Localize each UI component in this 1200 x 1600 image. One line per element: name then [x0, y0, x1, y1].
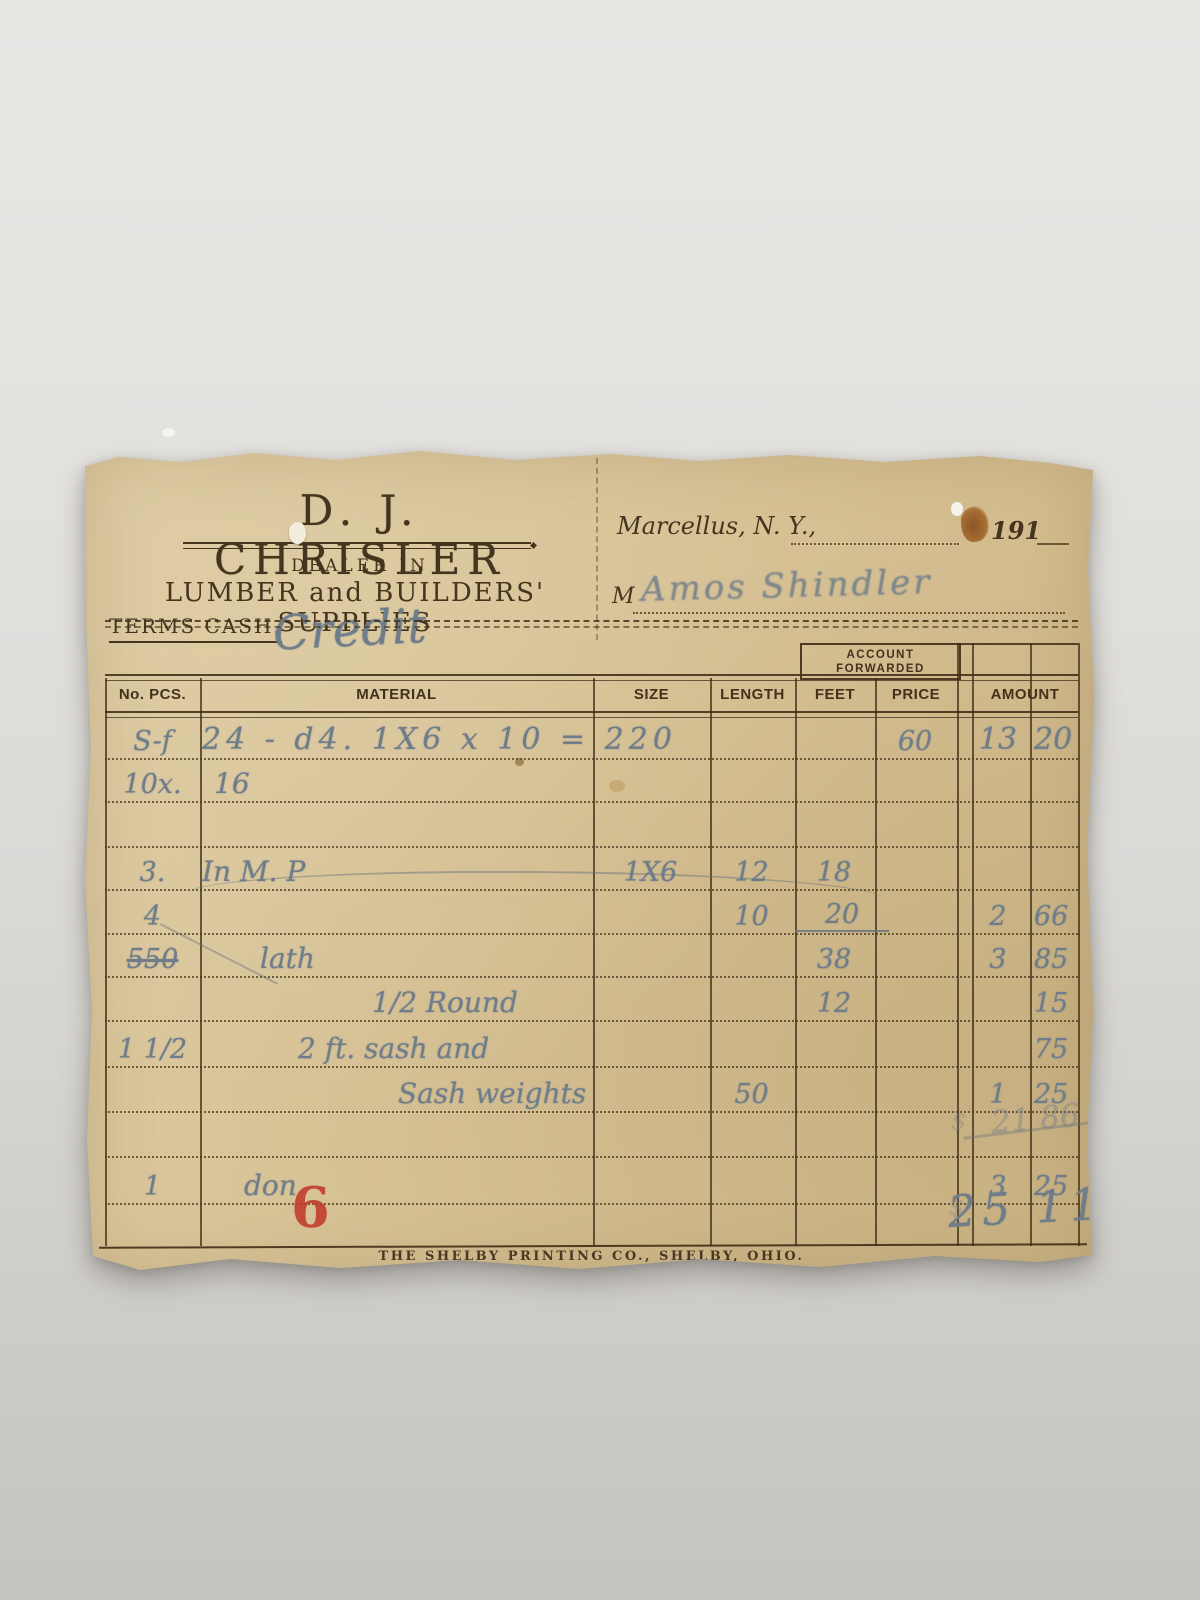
col-header-material: MATERIAL: [200, 678, 593, 712]
cell-amount-cents: 85: [1030, 944, 1086, 975]
printer-credit-line: THE SHELBY PRINTING CO., SHELBY, OHIO.: [105, 1249, 1078, 1264]
cell-material: 24 - d4. 1X6 x 10 = 220: [202, 722, 591, 757]
cell-feet: 12: [795, 988, 873, 1019]
full-width-rule-bottom: [105, 626, 1078, 628]
paper-spot-light: [609, 780, 625, 792]
header-divider-line: [596, 458, 598, 640]
table-row: 10x. 16: [105, 758, 1078, 803]
right-box-top-rule: [957, 643, 1078, 645]
cell-pcs: 1 1/2: [107, 1034, 198, 1065]
table-body: S-f 24 - d4. 1X6 x 10 = 220 60 13 20 10x…: [105, 715, 1078, 1246]
grand-total-handwriting: 25 11: [947, 1179, 1105, 1238]
receipt-paper: D. J. CHRISLER DEALER IN LUMBER and BUIL…: [85, 450, 1095, 1272]
cell-amount-cents: 66: [1030, 901, 1086, 932]
date-dotted-line: [791, 543, 959, 545]
year-prefix: 191: [991, 516, 1041, 545]
table-row: 1/2 Round 12 15: [105, 976, 1078, 1022]
cell-material: 1/2 Round: [202, 986, 761, 1019]
paper-speck: [162, 428, 175, 437]
cell-pcs: S-f: [107, 726, 198, 757]
terms-label: TERMS CASH.: [109, 614, 282, 643]
cell-pcs: 4: [107, 901, 198, 932]
cell-amount-dollars: 3: [968, 944, 1028, 975]
cell-amount-dollars: 13: [968, 722, 1028, 757]
col-header-price: PRICE: [875, 678, 957, 712]
table-row: [105, 1203, 1078, 1246]
cell-amount-dollars: 2: [968, 901, 1028, 932]
table-header-row: No. PCS. MATERIAL SIZE LENGTH FEET PRICE…: [105, 678, 1078, 712]
cell-length: 10: [710, 901, 793, 932]
cell-material: Sash weights: [202, 1077, 787, 1110]
table-row: 1 don 3 25: [105, 1156, 1078, 1205]
full-width-rule-top: [105, 620, 1078, 622]
credit-handwriting: Credit: [272, 598, 428, 662]
table-row: [105, 801, 1078, 848]
cell-material: don: [202, 1169, 633, 1202]
paper-hole: [289, 522, 306, 544]
cell-pcs: 550: [107, 944, 198, 975]
table-row: Sash weights 50 1 25: [105, 1066, 1078, 1113]
cell-amount-cents: 20: [1030, 722, 1086, 757]
paper-stain: [961, 506, 989, 542]
faint-dollar-mark: $: [951, 1107, 966, 1135]
col-header-pcs: No. PCS.: [105, 678, 200, 712]
title-rule: [183, 542, 531, 549]
paper-spot-dark: [515, 758, 524, 766]
cell-price: 60: [875, 726, 955, 757]
year-blank-line: [1037, 543, 1069, 545]
place-line: Marcellus, N. Y.,: [617, 512, 816, 540]
red-stamp-number: 6: [290, 1175, 330, 1242]
dealer-in-label: DEALER IN: [145, 556, 575, 576]
cell-material: 2 ft. sash and: [202, 1032, 687, 1065]
cell-feet: 20: [795, 899, 889, 932]
customer-prefix: M: [612, 584, 635, 609]
col-header-length: LENGTH: [710, 678, 795, 712]
cell-length: 50: [710, 1079, 793, 1110]
table-row: [105, 1111, 1078, 1158]
cell-material: lath: [202, 942, 649, 975]
customer-dotted-line: [633, 612, 1065, 614]
cell-pcs: 3.: [107, 857, 198, 888]
table-row: S-f 24 - d4. 1X6 x 10 = 220 60 13 20: [105, 715, 1078, 760]
col-header-feet: FEET: [795, 678, 875, 712]
account-forwarded-line1: ACCOUNT: [802, 648, 959, 662]
cell-feet: 38: [795, 944, 873, 975]
cell-pcs: 1: [107, 1171, 198, 1202]
table-row: 1 1/2 2 ft. sash and 75: [105, 1020, 1078, 1068]
receipt-paper-surface: D. J. CHRISLER DEALER IN LUMBER and BUIL…: [85, 450, 1095, 1272]
cell-amount-cents: 75: [1030, 1034, 1086, 1065]
cell-material: 16: [202, 767, 603, 800]
photo-backdrop: D. J. CHRISLER DEALER IN LUMBER and BUIL…: [0, 0, 1200, 1600]
cell-pcs: 10x.: [107, 769, 198, 800]
col-header-size: SIZE: [593, 678, 710, 712]
cell-amount-cents: 15: [1030, 988, 1086, 1019]
customer-name-handwriting: Amos Shindler: [641, 562, 933, 610]
col-header-amount: AMOUNT: [972, 678, 1078, 712]
stain-white-spot: [951, 502, 963, 516]
